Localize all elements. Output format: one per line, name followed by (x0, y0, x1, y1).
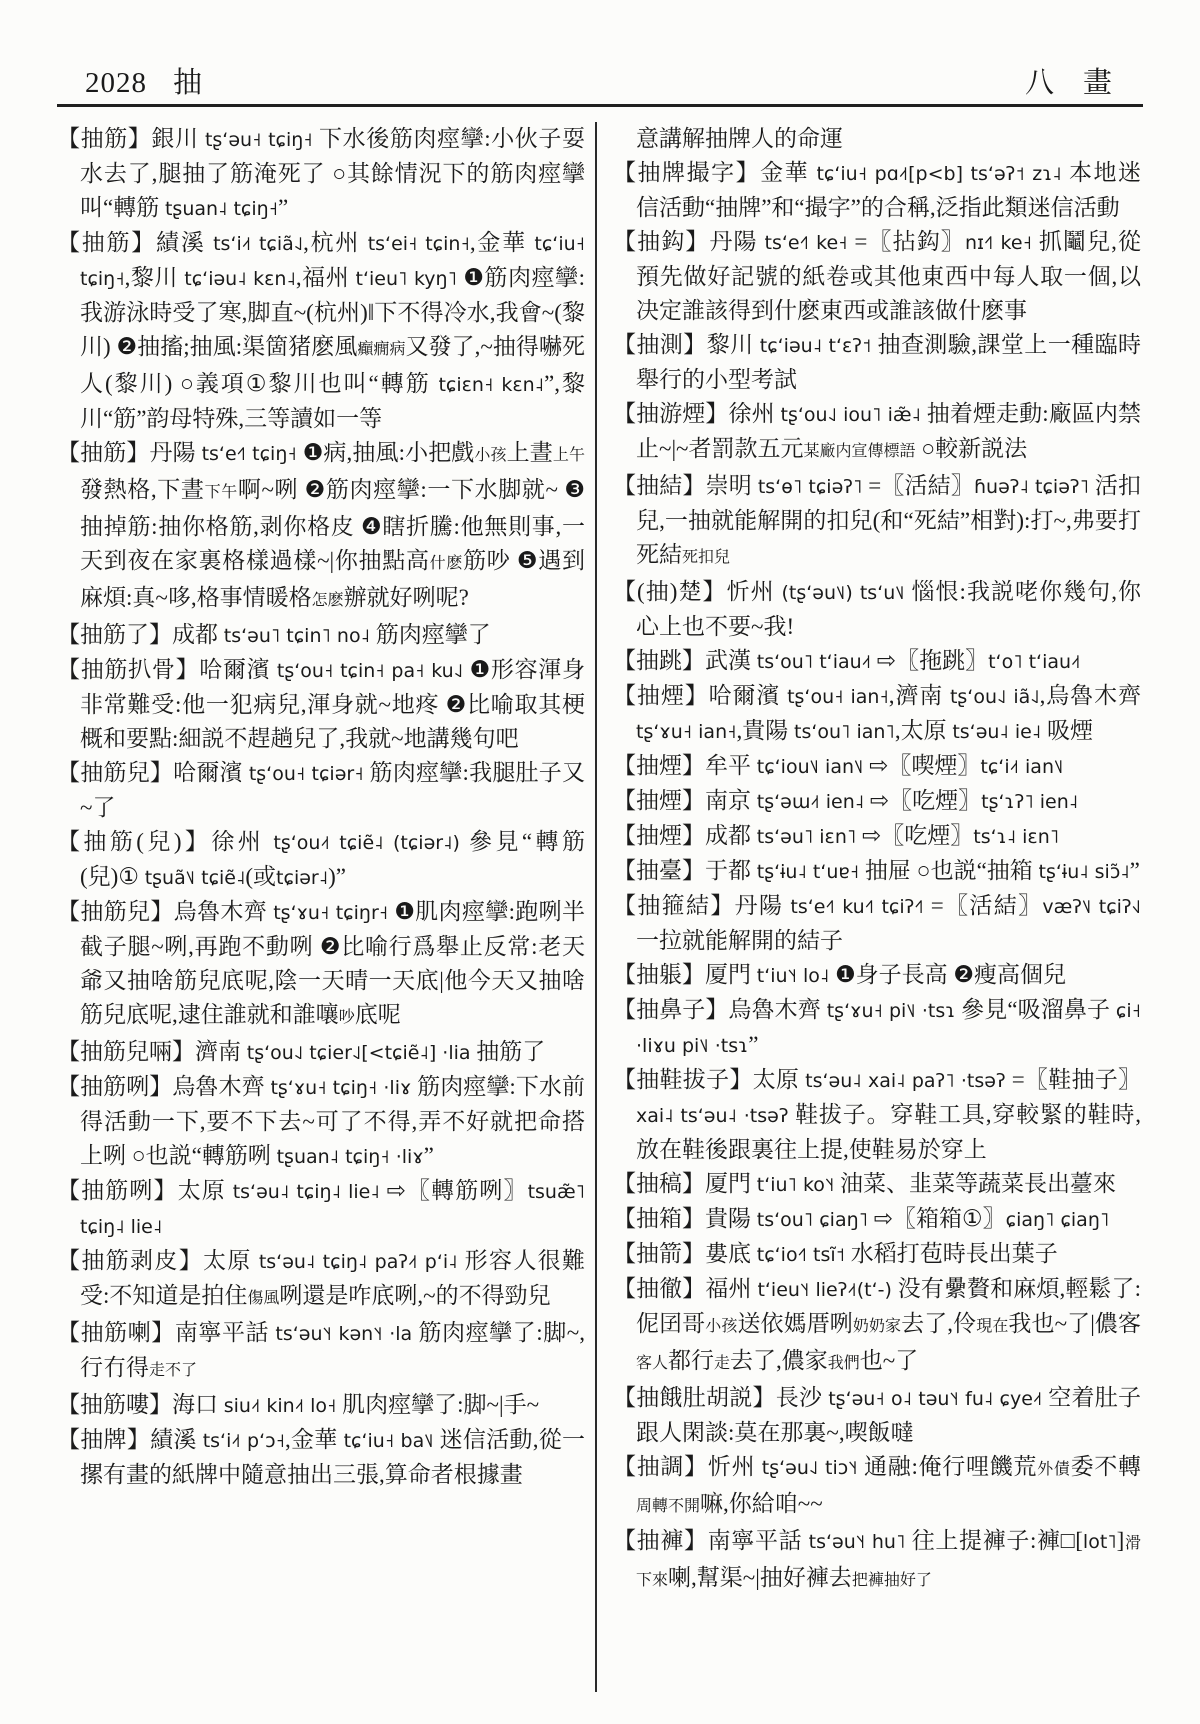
dictionary-entry: 【抽筋(兒)】徐州 tʂʻou˨˦ tɕiẽ˨ (tɕiər˨) 參見“轉筋(兒… (57, 825, 585, 895)
dictionary-entry: 【抽筋嘍】海口 siu˨˦ kin˨˦ lo˧ 肌肉痙攣了:脚~|手~ (57, 1388, 585, 1423)
gloss-note: 上午 (553, 447, 585, 464)
entry-text: 【抽筋兒】烏魯木齊 (57, 899, 273, 924)
entry-text: 去了,伶 (901, 1311, 976, 1336)
entry-text: 抽屉 ○也説“抽箱 (859, 858, 1038, 883)
dictionary-entry: 【抽箭】婁底 tɕʻio˧˥ tsĩ˦ 水稻打苞時長出葉子 (613, 1237, 1141, 1272)
gloss-note: 怎麽 (312, 592, 344, 609)
text-columns: 【抽筋】銀川 tʂʻəu˧ tɕiŋ˧ 下水後筋肉痙攣:小伙子耍水去了,腿抽了筋… (57, 122, 1143, 1707)
phonetic-transcription: tʂʻɨu˨ tʻuɐ˧ (757, 861, 859, 883)
gloss-note: 死扣兒 (682, 549, 730, 566)
entry-text: 油菜、韭菜等蔬菜長出薹來 (834, 1171, 1116, 1196)
entry-text: 通融:俺行哩饑荒 (858, 1454, 1038, 1479)
gloss-note: 傷風 (247, 1290, 279, 1307)
dictionary-entry: 【抽鞋拔子】太原 tsʻəu˨ xai˨ paʔ˥ ·tsəʔ =〖鞋抽子〗xa… (613, 1063, 1141, 1167)
dictionary-entry: 【抽筋剥皮】太原 tsʻəu˨ tɕiŋ˨ paʔ˨˦ pʻi˨ 形容人很難受:… (57, 1244, 585, 1316)
entry-text: 吸煙 (1041, 718, 1093, 743)
entry-text: ⇨〖箱箱①〗 (868, 1206, 1006, 1231)
dictionary-entry: 【抽鼻子】烏魯木齊 tʂʻɤu˧ pi˥˩ ·tsɿ 參見“吸溜鼻子 ɕi˧ ·… (613, 993, 1141, 1063)
phonetic-transcription: tʂʻɤu˧ tɕiŋr˧ (273, 902, 388, 924)
gloss-note: 癲癇病 (357, 341, 405, 358)
phonetic-transcription: tsʻe˧˥ tɕiŋ˧ (202, 443, 297, 465)
phonetic-transcription: tʂʻɤu˧ tɕiŋ˧ ·liɤ (270, 1077, 411, 1099)
left-column: 【抽筋】銀川 tʂʻəu˧ tɕiŋ˧ 下水後筋肉痙攣:小伙子耍水去了,腿抽了筋… (57, 122, 585, 1707)
entry-text: 【抽牌撮字】金華 (613, 160, 816, 185)
entry-text: 往上提褲子:褲□[ (905, 1528, 1083, 1553)
gloss-note: 下午 (205, 484, 238, 501)
phonetic-transcription: tɕʻi˨˦ ian˥˩ (980, 756, 1063, 778)
phonetic-transcription: tsʻəu˨ ie˨ (952, 721, 1041, 743)
gloss-note: 周轉不開 (636, 1498, 700, 1515)
dictionary-entry: 【抽躼】厦門 tʻiu˥˧ lo˨ ❶身子長高 ❷瘦高個兒 (613, 958, 1141, 993)
phonetic-transcription: tsʻe˧˥ ke˧ (765, 232, 848, 254)
entry-text: ,金華 (285, 1427, 344, 1452)
entry-text: ,太原 (895, 718, 953, 743)
dictionary-entry: 【抽餓肚胡説】長沙 tʂʻəu˧ o˨ təu˥˧ fu˨ ɕye˨˦ 空着肚子… (613, 1381, 1141, 1450)
entry-text: 【抽筋】銀川 (57, 126, 205, 151)
entry-text: 送依媽厝咧 (737, 1311, 852, 1336)
entry-text: 【抽稿】厦門 (613, 1171, 757, 1196)
entry-text: 【抽筋了】成都 (57, 622, 224, 647)
phonetic-transcription: tʂʻou˨˦ tɕiẽ˨ (tɕiər˨) (273, 832, 459, 854)
entry-continuation: 意講解抽牌人的命運 (613, 122, 1141, 156)
entry-text: 都行 (668, 1348, 714, 1373)
phonetic-transcription: tʻieu˥˧ lieʔ˨˦(tʻ-) (757, 1279, 892, 1301)
entry-text: 【抽臺】于都 (613, 858, 757, 883)
phonetic-transcription: (tʂʻəu˥˩) tsʻu˥˩ (781, 582, 904, 604)
column-divider (595, 122, 597, 1692)
gloss-note: 奶奶家 (853, 1318, 901, 1335)
entry-text: ○較新説法 (916, 436, 1028, 461)
dictionary-entry: 【抽筋咧】太原 tsʻəu˨ tɕiŋ˨ lie˨ ⇨〖轉筋咧〗tsuæ̃˥ t… (57, 1174, 585, 1244)
entry-text: 【抽煙】成都 (613, 823, 757, 848)
entry-text: 我也~了|儂客 (1008, 1311, 1141, 1336)
entry-text: 【抽跳】武漢 (613, 648, 757, 673)
entry-text: 【抽箍結】丹陽 (613, 893, 790, 918)
phonetic-transcription: væʔ˥˩ tɕiʔ˧˩ (1042, 896, 1141, 918)
gloss-note: 什麽 (430, 555, 463, 572)
page-header: 2028 抽 八 畫 (85, 60, 1112, 101)
phonetic-transcription: tɕʻiu˧ pɑ˨˦[p<b] tsʻəʔ˦ zɿ˨ (816, 163, 1061, 185)
dictionary-page: 2028 抽 八 畫 【抽筋】銀川 tʂʻəu˧ tɕiŋ˧ 下水後筋肉痙攣:小… (0, 0, 1200, 1724)
entry-text: 【抽箱】貴陽 (613, 1206, 757, 1231)
phonetic-transcription: tʻiu˥ ko˥˧ (757, 1174, 835, 1196)
phonetic-transcription: tʂʻəu˧ tɕiŋ˧ (205, 129, 313, 151)
entry-text: =〖鞋抽子〗 (1006, 1067, 1141, 1092)
phonetic-transcription: ɕiaŋ˥ ɕiaŋ˥ (1006, 1209, 1110, 1231)
entry-text: 發熱格,下晝 (80, 477, 205, 502)
phonetic-transcription: tsʻou˥ tʻiau˨˦ (757, 651, 871, 673)
entry-text: 【抽筋咧】太原 (57, 1178, 233, 1203)
entry-text: 【抽筋】丹陽 (57, 440, 202, 465)
entry-text: ” (748, 1032, 758, 1057)
phonetic-transcription: xai˨ tsʻəu˨ ·tsəʔ (636, 1105, 789, 1127)
entry-text: 水稻打苞時長出葉子 (845, 1241, 1058, 1266)
gloss-note: 外債 (1037, 1461, 1070, 1478)
entry-text: 【抽測】黎川 (613, 332, 760, 357)
guide-word: 抽 (173, 60, 202, 101)
entry-text: (或 (245, 864, 276, 889)
entry-text: ,黎川 (125, 265, 185, 290)
entry-text: 【抽筋兒】哈爾濱 (57, 760, 249, 785)
gloss-note: 現在 (976, 1318, 1008, 1335)
phonetic-transcription: tʂʻəu˨˩ tiɔ˥˧ (762, 1457, 858, 1479)
entry-text: 【抽游煙】徐州 (613, 401, 781, 426)
entry-text: 筋肉痙攣了 (370, 622, 491, 647)
phonetic-transcription: tɕʻio˧˥ tsĩ˦ (757, 1244, 845, 1266)
phonetic-transcription: tʂʻɿʔ˥ ien˨ (981, 791, 1078, 813)
entry-text: ” (424, 1143, 434, 1168)
dictionary-entry: 【抽臺】于都 tʂʻɨu˨ tʻuɐ˧ 抽屉 ○也説“抽箱 tʂʻɨu˨ siɔ… (613, 854, 1141, 889)
entry-text: =〖活結〗 (924, 893, 1043, 918)
gloss-note: 把褲抽好了 (852, 1572, 932, 1589)
gloss-note: 小孩 (705, 1318, 737, 1335)
phonetic-transcription: tsʻəu˨ xai˨ paʔ˥ ·tsəʔ (805, 1070, 1006, 1092)
phonetic-transcription: nɪ˧˥ ke˧ (965, 232, 1032, 254)
entry-text: 【抽筋剥皮】太原 (57, 1248, 259, 1273)
gloss-note: 我們 (828, 1355, 860, 1372)
dictionary-entry: 【抽筋兒】哈爾濱 tʂʻou˧ tɕiər˧ 筋肉痙攣:我腿肚子又~了 (57, 756, 585, 825)
dictionary-entry: 【抽筋兒啢】濟南 tʂʻou˨˩ tɕier˨˩[<tɕiẽ˨] ·lia 抽筋… (57, 1035, 585, 1070)
entry-text: 【抽筋喇】南寧平話 (57, 1320, 275, 1345)
gloss-note: 走不了 (149, 1362, 197, 1379)
phonetic-transcription: tsʻɿ˨ iɛn˥ (973, 826, 1059, 848)
entry-text: 上晝 (507, 440, 553, 465)
phonetic-transcription: tsʻəu˨ tɕiŋ˨ paʔ˨˦ pʻi˨ (259, 1251, 458, 1273)
entry-text: ⇨〖吃煙〗 (856, 823, 973, 848)
entry-text: 【抽煙】哈爾濱 (613, 683, 787, 708)
phonetic-transcription: tsʻəu˥˧ hu˥ (809, 1531, 906, 1553)
entry-text: ⇨〖吃煙〗 (864, 788, 981, 813)
phonetic-transcription: tʂʻɤu˧ pi˥˩ ·tsɿ (827, 1000, 956, 1022)
phonetic-transcription: ɦuəʔ˨ tɕiəʔ˥ (974, 476, 1089, 498)
phonetic-transcription: tʂʻou˧ ian˧ (787, 686, 889, 708)
dictionary-entry: 【抽調】忻州 tʂʻəu˨˩ tiɔ˥˧ 通融:俺行哩饑荒外債委不轉周轉不開嘛,… (613, 1450, 1141, 1524)
dictionary-entry: 【抽箱】貴陽 tsʻou˥ ɕiaŋ˥ ⇨〖箱箱①〗ɕiaŋ˥ ɕiaŋ˥ (613, 1202, 1141, 1237)
phonetic-transcription: tʂʻou˨˩ iã˨˩ (950, 686, 1040, 708)
phonetic-transcription: tsʻi˨˦ pʻɔ˧ (203, 1430, 285, 1452)
entry-text: 【抽調】忻州 (613, 1454, 762, 1479)
entry-text: ⇨〖喫煙〗 (863, 753, 980, 778)
entry-text: =〖拈鈎〗 (848, 229, 965, 254)
entry-text: 去了,儂家 (730, 1348, 828, 1373)
entry-text: ,貴陽 (737, 718, 795, 743)
phonetic-transcription: tʻiu˥˧ lo˨ (757, 965, 830, 987)
page-number: 2028 (85, 67, 147, 100)
phonetic-transcription: tsʻou˥ ian˥ (794, 721, 895, 743)
gloss-note: 走 (714, 1355, 730, 1372)
entry-text: 參見“吸溜鼻子 (955, 997, 1116, 1022)
phonetic-transcription: tʻieu˥ kyŋ˥ (356, 268, 457, 290)
entry-text: 意講解抽牌人的命運 (636, 126, 843, 151)
phonetic-transcription: lot˥ (1083, 1531, 1117, 1553)
entry-text: 【抽鼻子】烏魯木齊 (613, 997, 827, 1022)
phonetic-transcription: tɕʻiəu˨ tʻɛʔ˦ (760, 335, 872, 357)
dictionary-entry: 【抽徹】福州 tʻieu˥˧ lieʔ˨˦(tʻ-) 没有纍贅和麻煩,輕鬆了:伲… (613, 1272, 1141, 1381)
gloss-note: 某廠内宣傳標語 (804, 443, 916, 460)
entry-text: 【抽牌】績溪 (57, 1427, 203, 1452)
phonetic-transcription: tʂuã˥˩ tɕiẽ˨ (145, 867, 246, 889)
section-label: 八 畫 (1025, 60, 1112, 101)
entry-text: 嘛,你給咱~~ (700, 1491, 823, 1516)
dictionary-entry: 【抽游煙】徐州 tʂʻou˨˩ iou˥ iæ̃˨ 抽着煙走動:廠區内禁止~|~… (613, 397, 1141, 469)
entry-text: 【抽煙】牟平 (613, 753, 757, 778)
phonetic-transcription: siu˨˦ kin˨˦ lo˧ (224, 1395, 337, 1417)
phonetic-transcription: tʂʻou˧ tɕin˧ pa˧ ku˨˩ (277, 660, 463, 682)
dictionary-entry: 【抽箍結】丹陽 tsʻe˧˥ ku˧˥ tɕiʔ˧˥ =〖活結〗væʔ˥˩ tɕ… (613, 889, 1141, 958)
dictionary-entry: 【(抽)楚】忻州 (tʂʻəu˥˩) tsʻu˥˩ 惱恨:我説咾你幾句,你心上也… (613, 575, 1141, 644)
entry-text: 【抽鈎】丹陽 (613, 229, 765, 254)
entry-text: 【抽徹】福州 (613, 1276, 757, 1301)
entry-text: 喇,幫渠~|抽好褲去 (668, 1565, 852, 1590)
entry-text: ,杭州 (303, 230, 368, 255)
phonetic-transcription: tsʻi˨˦ tɕiã˨˩ (213, 233, 303, 255)
entry-text: ,金華 (470, 230, 535, 255)
entry-text: 抽筋了 (471, 1039, 546, 1064)
phonetic-transcription: tsʻəu˥˧ kən˥˧ ·la (275, 1323, 412, 1345)
entry-text: ⇨〖拖跳〗 (871, 648, 988, 673)
entry-text: 【抽餓肚胡説】長沙 (613, 1385, 828, 1410)
header-left: 2028 抽 (85, 60, 202, 101)
phonetic-transcription: tsʻɵ˥ tɕiəʔ˥ (758, 476, 863, 498)
entry-text: )” (328, 864, 346, 889)
entry-text: 【(抽)楚】忻州 (613, 579, 781, 604)
entry-text: ,福州 (296, 265, 356, 290)
entry-text: ❶身子長高 ❷瘦高個兒 (829, 962, 1066, 987)
entry-text: 【抽筋兒啢】濟南 (57, 1039, 247, 1064)
entry-text: 一拉就能解開的結子 (636, 928, 843, 953)
right-column: 意講解抽牌人的命運【抽牌撮字】金華 tɕʻiu˧ pɑ˨˦[p<b] tsʻəʔ… (613, 122, 1141, 1707)
entry-text: 【抽結】崇明 (613, 473, 758, 498)
entry-text: ,濟南 (889, 683, 950, 708)
dictionary-entry: 【抽筋】丹陽 tsʻe˧˥ tɕiŋ˧ ❶病,抽風:小把戲小孩上晝上午發熱格,下… (57, 436, 585, 618)
phonetic-transcription: tsʻəu˥ iɛn˥ (757, 826, 857, 848)
entry-text: 底呢 (355, 1002, 401, 1027)
phonetic-transcription: tʂʻou˨˩ tɕier˨˩[<tɕiẽ˨] ·lia (247, 1042, 471, 1064)
gloss-note: 小孩 (474, 447, 506, 464)
entry-text: 咧還是咋底咧,~的不得勁兒 (279, 1283, 550, 1308)
entry-text: 【抽躼】厦門 (613, 962, 757, 987)
phonetic-transcription: tʂuan˨ tɕiŋ˧ ·liɤ (277, 1146, 424, 1168)
dictionary-entry: 【抽筋】績溪 tsʻi˨˦ tɕiã˨˩,杭州 tsʻei˧ tɕin˧,金華 … (57, 226, 585, 436)
phonetic-transcription: tɕiər˨ (276, 867, 328, 889)
entry-text: =〖活結〗 (862, 473, 974, 498)
phonetic-transcription: tɕʻiu˧ ba˥˩ (344, 1430, 434, 1452)
phonetic-transcription: tʂʻou˨˩ iou˥ iæ̃˨ (781, 404, 921, 426)
dictionary-entry: 【抽煙】哈爾濱 tʂʻou˧ ian˧,濟南 tʂʻou˨˩ iã˨˩,烏魯木齊… (613, 679, 1141, 749)
entry-text: ” (1130, 858, 1140, 883)
dictionary-entry: 【抽筋了】成都 tsʻəu˥ tɕin˥ no˨ 筋肉痙攣了 (57, 618, 585, 653)
dictionary-entry: 【抽褲】南寧平話 tsʻəu˥˧ hu˥ 往上提褲子:褲□[lot˥]滑下來喇,… (613, 1524, 1141, 1598)
entry-text: ” (278, 195, 288, 220)
dictionary-entry: 【抽煙】成都 tsʻəu˥ iɛn˥ ⇨〖吃煙〗tsʻɿ˨ iɛn˥ (613, 819, 1141, 854)
entry-text: 委不轉 (1071, 1454, 1141, 1479)
dictionary-entry: 【抽筋扒骨】哈爾濱 tʂʻou˧ tɕin˧ pa˧ ku˨˩ ❶形容渾身非常難… (57, 653, 585, 756)
entry-text: 【抽褲】南寧平話 (613, 1528, 809, 1553)
dictionary-entry: 【抽筋兒】烏魯木齊 tʂʻɤu˧ tɕiŋr˧ ❶肌肉痙攣:跑咧半截子腿~咧,再… (57, 895, 585, 1035)
phonetic-transcription: tʂʻou˧ tɕiər˧ (249, 763, 364, 785)
dictionary-entry: 【抽牌撮字】金華 tɕʻiu˧ pɑ˨˦[p<b] tsʻəʔ˦ zɿ˨ 本地迷… (613, 156, 1141, 225)
entry-text: 【抽筋(兒)】徐州 (57, 829, 273, 854)
header-rule (57, 104, 1143, 107)
phonetic-transcription: tɕʻiəu˨ kɛn˨ (184, 268, 296, 290)
gloss-note: 客人 (636, 1355, 668, 1372)
entry-text: 【抽筋扒骨】哈爾濱 (57, 657, 277, 682)
phonetic-transcription: tsʻəu˨ tɕiŋ˨ lie˨ (233, 1181, 380, 1203)
entry-text: 【抽筋】績溪 (57, 230, 213, 255)
dictionary-entry: 【抽煙】牟平 tɕʻiou˥˩ ian˥˩ ⇨〖喫煙〗tɕʻi˨˦ ian˥˩ (613, 749, 1141, 784)
phonetic-transcription: tɕiɛn˧ kɛn˨ (438, 374, 544, 396)
phonetic-transcription: tʂʻəu˧ o˨ təu˥˧ fu˨ ɕye˨˦ (828, 1388, 1042, 1410)
phonetic-transcription: tsʻou˥ ɕiaŋ˥ (757, 1209, 868, 1231)
phonetic-transcription: tsʻei˧ tɕin˧ (368, 233, 470, 255)
dictionary-entry: 【抽鈎】丹陽 tsʻe˧˥ ke˧ =〖拈鈎〗nɪ˧˥ ke˧ 抓鬮兒,從預先做… (613, 225, 1141, 328)
entry-text: 也~了 (860, 1348, 918, 1373)
dictionary-entry: 【抽牌】績溪 tsʻi˨˦ pʻɔ˧,金華 tɕʻiu˧ ba˥˩ 迷信活動,從… (57, 1423, 585, 1492)
phonetic-transcription: tʂʻɨu˨ siɔ̃˨ (1039, 861, 1130, 883)
phonetic-transcription: tʂʻəɯ˨˦ ien˨ (757, 791, 864, 813)
dictionary-entry: 【抽筋咧】烏魯木齊 tʂʻɤu˧ tɕiŋ˧ ·liɤ 筋肉痙攣:下水前得活動一… (57, 1070, 585, 1174)
entry-text: 【抽鞋拔子】太原 (613, 1067, 805, 1092)
entry-text: 【抽箭】婁底 (613, 1241, 757, 1266)
phonetic-transcription: tʂuan˨ tɕiŋ˧ (165, 198, 278, 220)
dictionary-entry: 【抽結】崇明 tsʻɵ˥ tɕiəʔ˥ =〖活結〗ɦuəʔ˨ tɕiəʔ˥ 活扣… (613, 469, 1141, 575)
entry-text: 【抽煙】南京 (613, 788, 757, 813)
dictionary-entry: 【抽測】黎川 tɕʻiəu˨ tʻɛʔ˦ 抽查測驗,課堂上一種臨時舉行的小型考試 (613, 328, 1141, 397)
phonetic-transcription: tɕʻiou˥˩ ian˥˩ (757, 756, 864, 778)
entry-text: ,烏魯木齊 (1040, 683, 1141, 708)
dictionary-entry: 【抽稿】厦門 tʻiu˥ ko˥˧ 油菜、韭菜等蔬菜長出薹來 (613, 1167, 1141, 1202)
entry-text: ⇨〖轉筋咧〗 (380, 1178, 528, 1203)
entry-text: 辦就好咧呢? (344, 585, 469, 610)
entry-text: 【抽筋嘍】海口 (57, 1392, 224, 1417)
dictionary-entry: 【抽煙】南京 tʂʻəɯ˨˦ ien˨ ⇨〖吃煙〗tʂʻɿʔ˥ ien˨ (613, 784, 1141, 819)
dictionary-entry: 【抽筋喇】南寧平話 tsʻəu˥˧ kən˥˧ ·la 筋肉痙攣了:脚~,行冇得… (57, 1316, 585, 1388)
dictionary-entry: 【抽跳】武漢 tsʻou˥ tʻiau˨˦ ⇨〖拖跳〗tʻo˥ tʻiau˨˦ (613, 644, 1141, 679)
dictionary-entry: 【抽筋】銀川 tʂʻəu˧ tɕiŋ˧ 下水後筋肉痙攣:小伙子耍水去了,腿抽了筋… (57, 122, 585, 226)
entry-text: ❶病,抽風:小把戲 (297, 440, 475, 465)
entry-text: 【抽筋咧】烏魯木齊 (57, 1074, 270, 1099)
phonetic-transcription: tsʻe˧˥ ku˧˥ tɕiʔ˧˥ (790, 896, 923, 918)
entry-text: 肌肉痙攣了:脚~|手~ (336, 1392, 539, 1417)
phonetic-transcription: tʻo˥ tʻiau˨˦ (988, 651, 1080, 673)
gloss-note: 吵 (339, 1009, 355, 1026)
phonetic-transcription: tsʻəu˥ tɕin˥ no˨ (224, 625, 370, 647)
phonetic-transcription: tʂʻɤu˧ ian˧ (636, 721, 737, 743)
